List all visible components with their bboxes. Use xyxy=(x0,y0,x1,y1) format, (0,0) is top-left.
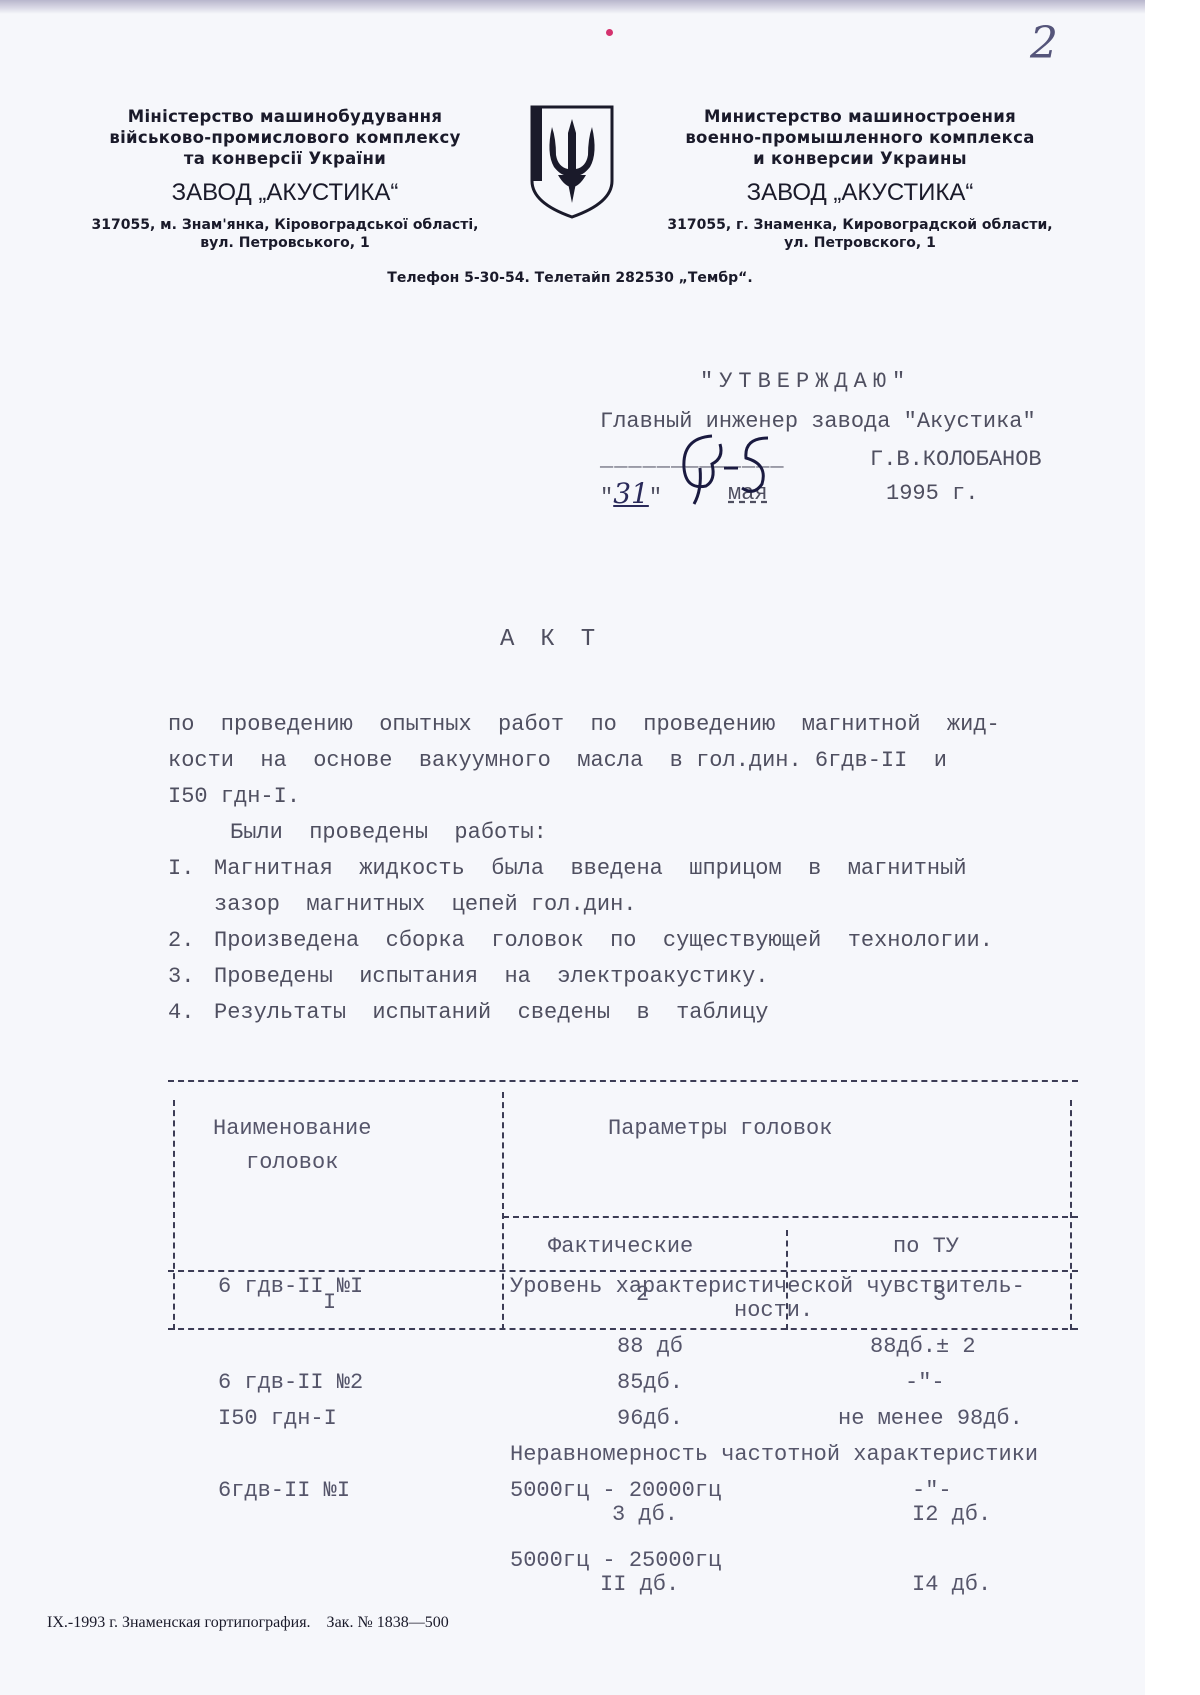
list-item-text: зазор магнитных цепей гол.дин. xyxy=(214,892,636,917)
address-line: 317055, г. Знаменка, Кировоградской обла… xyxy=(640,216,1080,234)
table-cell-actual: 3 дб. xyxy=(612,1502,678,1527)
approver-name: Г.В.КОЛОБАНОВ xyxy=(870,443,1042,477)
body-line: кости на основе вакуумного масла в гол.д… xyxy=(168,748,947,773)
column-header-name: Наименование xyxy=(213,1116,371,1141)
list-item-number: 4. xyxy=(168,1000,194,1025)
document-title: АКТ xyxy=(500,626,621,653)
parameter-label: Уровень характеристической чувствитель- xyxy=(510,1274,1025,1299)
letterhead-russian: Министерство машиностроения военно-промы… xyxy=(640,106,1080,252)
body-line: I50 гдн-I. xyxy=(168,784,300,809)
table-cell-name: 6 гдв-II №2 xyxy=(218,1370,363,1395)
ministry-line: та конверсії України xyxy=(70,148,500,169)
table-cell-spec: не менее 98дб. xyxy=(838,1406,1023,1431)
table-cell-spec: -"- xyxy=(912,1478,952,1503)
list-item-text: Произведена сборка головок по существующ… xyxy=(214,928,993,953)
parameter-label: ности. xyxy=(734,1298,813,1323)
factory-name: ЗАВОД „АКУСТИКА“ xyxy=(640,178,1080,208)
table-cell-actual: 5000гц - 20000гц xyxy=(510,1478,721,1503)
table-cell-actual: 85дб. xyxy=(617,1370,683,1395)
table-border xyxy=(168,1328,1078,1330)
table-border xyxy=(503,1216,1078,1218)
table-cell-actual: 88 дб xyxy=(617,1334,683,1359)
column-header-actual: Фактические xyxy=(548,1234,693,1259)
factory-name: ЗАВОД „АКУСТИКА“ xyxy=(70,178,500,208)
column-header-spec: по ТУ xyxy=(893,1234,959,1259)
scan-top-edge xyxy=(0,0,1145,14)
column-header-name: головок xyxy=(246,1150,338,1175)
table-border xyxy=(173,1100,175,1330)
table-cell-actual: II дб. xyxy=(600,1572,679,1597)
table-cell-name: I50 гдн-I xyxy=(218,1406,337,1431)
scan-margin xyxy=(1145,0,1200,1695)
document-page xyxy=(0,0,1145,1695)
ministry-line: военно-промышленного комплекса xyxy=(640,127,1080,148)
table-cell-actual: 96дб. xyxy=(617,1406,683,1431)
contacts-line: Телефон 5-30-54. Телетайп 282530 „Тембр“… xyxy=(300,270,840,286)
table-cell-spec: I2 дб. xyxy=(912,1502,991,1527)
list-item-text: Результаты испытаний сведены в таблицу xyxy=(214,1000,769,1025)
table-border xyxy=(1070,1100,1072,1330)
list-item-text: Проведены испытания на электроакустику. xyxy=(214,964,769,989)
table-cell-spec: 88дб.± 2 xyxy=(870,1334,976,1359)
works-intro: Были проведены работы: xyxy=(230,820,547,845)
table-cell-name: 6 гдв-II №I xyxy=(218,1274,363,1299)
approver-position: Главный инженер завода "Акустика" xyxy=(600,405,1036,439)
address-line: ул. Петровского, 1 xyxy=(640,234,1080,252)
trident-emblem-icon xyxy=(528,103,616,219)
table-border xyxy=(502,1092,504,1330)
approval-date: "31" мая 1995 г. xyxy=(600,477,662,515)
table-cell-spec: I4 дб. xyxy=(912,1572,991,1597)
page-number: 2 xyxy=(1030,18,1058,69)
ministry-line: Міністерство машинобудування xyxy=(70,106,500,127)
table-border xyxy=(168,1080,1078,1082)
list-item-number: 2. xyxy=(168,928,194,953)
table-cell-actual: 5000гц - 25000гц xyxy=(510,1548,721,1573)
ministry-line: військово-промислового комплексу xyxy=(70,127,500,148)
list-item-text: Магнитная жидкость была введена шприцом … xyxy=(214,856,967,881)
table-cell-name: 6гдв-II №I xyxy=(218,1478,350,1503)
results-table-header: Наименование головок Параметры головок Ф… xyxy=(168,1070,1078,1255)
column-header-params: Параметры головок xyxy=(608,1116,832,1141)
table-border xyxy=(168,1270,1078,1272)
body-line: по проведению опытных работ по проведени… xyxy=(168,712,1000,737)
address-line: вул. Петровського, 1 xyxy=(70,234,500,252)
list-item-number: 3. xyxy=(168,964,194,989)
address-line: 317055, м. Знам'янка, Кіровоградської об… xyxy=(70,216,500,234)
table-cell-spec: -"- xyxy=(905,1370,945,1395)
approval-heading: "УТВЕРЖДАЮ" xyxy=(700,365,911,399)
parameter-label: Неравномерность частотной характеристики xyxy=(510,1442,1038,1467)
ink-spot xyxy=(606,29,613,36)
handwritten-signature-icon xyxy=(672,428,782,508)
ministry-line: Министерство машиностроения xyxy=(640,106,1080,127)
list-item-number: I. xyxy=(168,856,194,881)
letterhead-ukrainian: Міністерство машинобудування військово-п… xyxy=(70,106,500,252)
approval-year: 1995 г. xyxy=(886,477,978,511)
print-footer: IX.-1993 г. Знаменская гортипография. За… xyxy=(47,1614,449,1632)
approval-day: 31 xyxy=(613,477,649,510)
ministry-line: и конверсии Украины xyxy=(640,148,1080,169)
